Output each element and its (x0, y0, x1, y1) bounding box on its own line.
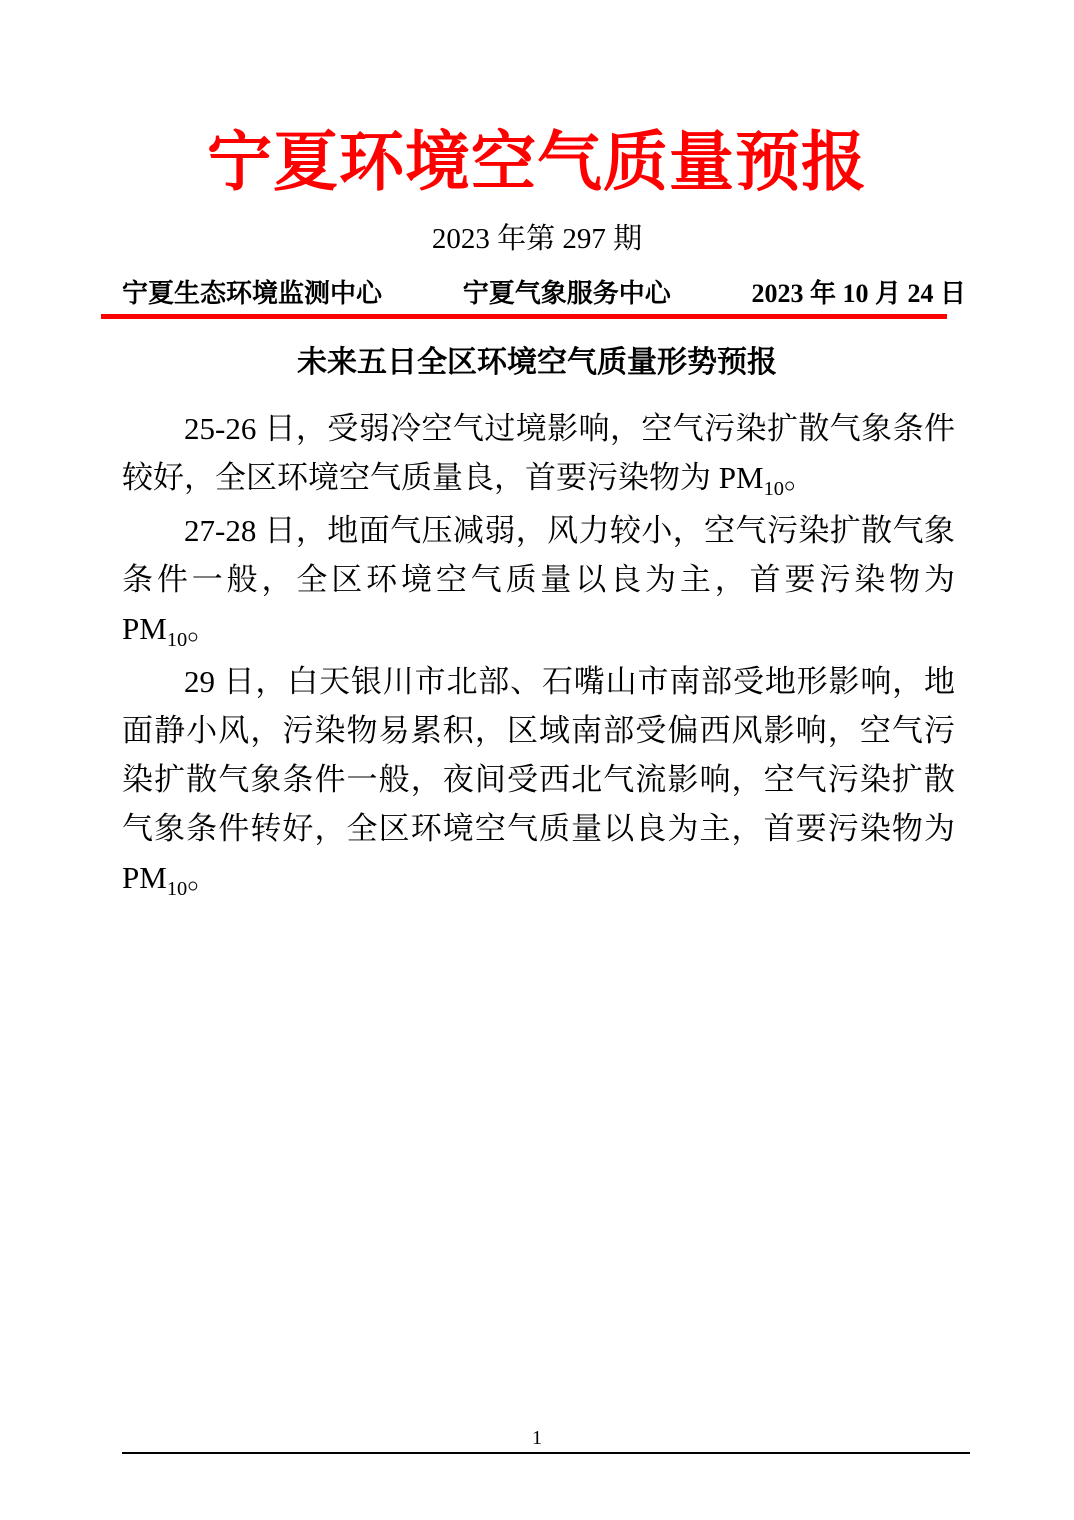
text-run: 25-26 日，受弱冷空气过境影响，空气污染扩散气象条件较好，全区环境空气质量良… (122, 411, 955, 495)
pollutant-subscript: 10 (764, 478, 784, 500)
text-run: 。 (784, 460, 815, 495)
text-run: 27-28 日，地面气压减弱，风力较小，空气污染扩散气象条件一般，全区环境空气质… (122, 513, 955, 646)
pollutant-subscript: 10 (167, 629, 187, 651)
forecast-paragraph: 25-26 日，受弱冷空气过境影响，空气污染扩散气象条件较好，全区环境空气质量良… (122, 404, 955, 502)
pollutant-subscript: 10 (167, 878, 187, 900)
document-page: 宁夏环境空气质量预报 2023 年第 297 期 宁夏生态环境监测中心 宁夏气象… (0, 0, 1074, 1520)
text-run: 。 (187, 611, 218, 646)
text-run: 。 (187, 860, 218, 895)
forecast-paragraph: 29 日，白天银川市北部、石嘴山市南部受地形影响，地面静小风，污染物易累积，区域… (122, 657, 955, 902)
document-title: 宁夏环境空气质量预报 (0, 126, 1074, 201)
masthead-divider-rule (101, 314, 947, 319)
masthead: 宁夏生态环境监测中心 宁夏气象服务中心 2023 年 10 月 24 日 (122, 278, 966, 311)
page-number: 1 (0, 1426, 1074, 1450)
issue-number: 2023 年第 297 期 (0, 222, 1074, 257)
org-weather-service-center: 宁夏气象服务中心 (463, 278, 671, 311)
issue-date: 2023 年 10 月 24 日 (751, 278, 966, 311)
text-run: 29 日，白天银川市北部、石嘴山市南部受地形影响，地面静小风，污染物易累积，区域… (122, 664, 955, 895)
body-paragraphs: 25-26 日，受弱冷空气过境影响，空气污染扩散气象条件较好，全区环境空气质量良… (122, 404, 955, 906)
org-monitoring-center: 宁夏生态环境监测中心 (122, 278, 382, 311)
section-heading: 未来五日全区环境空气质量形势预报 (0, 345, 1074, 381)
footer-rule (122, 1452, 970, 1454)
forecast-paragraph: 27-28 日，地面气压减弱，风力较小，空气污染扩散气象条件一般，全区环境空气质… (122, 506, 955, 653)
